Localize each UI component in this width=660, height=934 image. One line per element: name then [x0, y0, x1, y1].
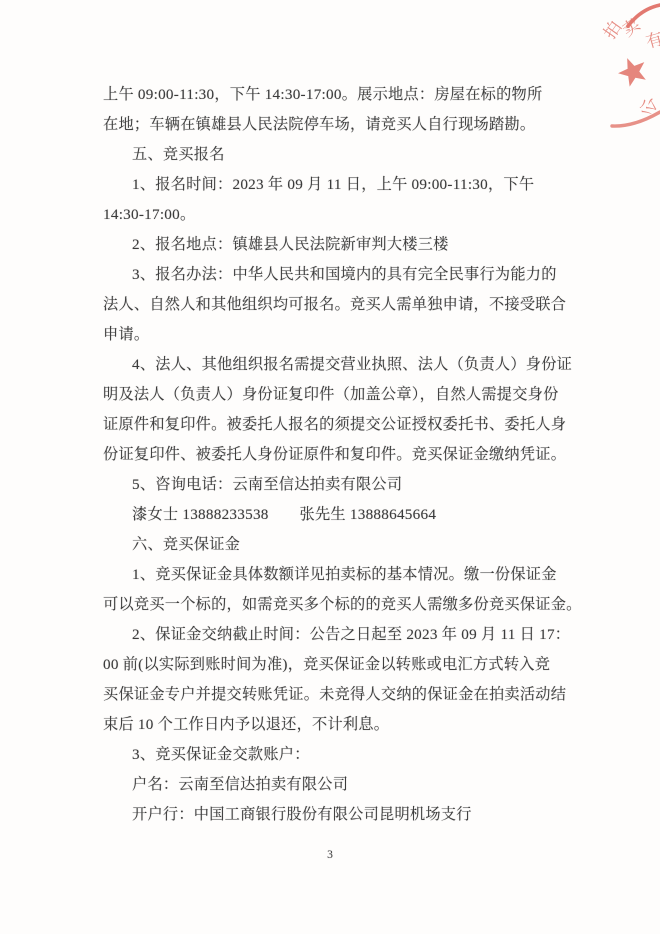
text-line: 明及法人（负责人）身份证复印件（加盖公章），自然人需提交身份 — [103, 380, 582, 410]
text-line: 5、咨询电话：云南至信达拍卖有限公司 — [103, 470, 582, 500]
seal-char: 卖 — [619, 15, 644, 40]
text-line: 上午 09:00-11:30，下午 14:30-17:00。展示地点：房屋在标的… — [103, 80, 582, 110]
seal-ring-top-arc — [628, 5, 660, 26]
text-line: 开户行：中国工商银行股份有限公司昆明机场支行 — [103, 800, 582, 830]
text-line: 14:30-17:00。 — [103, 200, 582, 230]
text-line: 1、报名时间：2023 年 09 月 11 日，上午 09:00-11:30，下… — [103, 170, 582, 200]
text-line: 2、保证金交纳截止时间：公告之日起至 2023 年 09 月 11 日 17： — [103, 620, 582, 650]
document-body: 上午 09:00-11:30，下午 14:30-17:00。展示地点：房屋在标的… — [103, 80, 582, 830]
text-line: 五、竞买报名 — [103, 140, 582, 170]
text-line: 2、报名地点：镇雄县人民法院新审判大楼三楼 — [103, 230, 582, 260]
seal-char: 公 — [637, 95, 660, 118]
page-number: 3 — [0, 849, 660, 861]
text-line: 1、竞买保证金具体数额详见拍卖标的基本情况。缴一份保证金 — [103, 560, 582, 590]
text-line: 户名：云南至信达拍卖有限公司 — [103, 770, 582, 800]
seal-star-icon — [617, 57, 646, 88]
text-line: 申请。 — [103, 320, 582, 350]
text-line: 漆女士 13888233538 张先生 13888645664 — [103, 500, 582, 530]
text-line: 法人、自然人和其他组织均可报名。竞买人需单独申请，不接受联合 — [103, 290, 582, 320]
text-line: 4、法人、其他组织报名需提交营业执照、法人（负责人）身份证 — [103, 350, 582, 380]
text-line: 在地；车辆在镇雄县人民法院停车场，请竞买人自行现场踏勘。 — [103, 110, 582, 140]
seal-char: 有 — [644, 29, 660, 52]
seal-char: 拍 — [600, 18, 625, 43]
text-line: 买保证金专户并提交转账凭证。未竞得人交纳的保证金在拍卖活动结 — [103, 680, 582, 710]
text-line: 份证复印件、被委托人身份证原件和复印件。竞买保证金缴纳凭证。 — [103, 440, 582, 470]
text-line: 证原件和复印件。被委托人报名的须提交公证授权委托书、委托人身 — [103, 410, 582, 440]
text-line: 3、报名办法：中华人民共和国境内的具有完全民事行为能力的 — [103, 260, 582, 290]
document-page: 拍 卖 有 公 上午 09:00-11:30，下午 14:30-17:00。展示… — [0, 0, 660, 934]
text-line: 六、竞买保证金 — [103, 530, 582, 560]
text-line: 束后 10 个工作日内予以退还，不计利息。 — [103, 710, 582, 740]
text-line: 可以竞买一个标的，如需竞买多个标的的竞买人需缴多份竞买保证金。 — [103, 590, 582, 620]
text-line: 3、竞买保证金交款账户： — [103, 740, 582, 770]
text-line: 00 前(以实际到账时间为准)，竞买保证金以转账或电汇方式转入竞 — [103, 650, 582, 680]
seal-ring-bottom-arc — [612, 112, 660, 126]
